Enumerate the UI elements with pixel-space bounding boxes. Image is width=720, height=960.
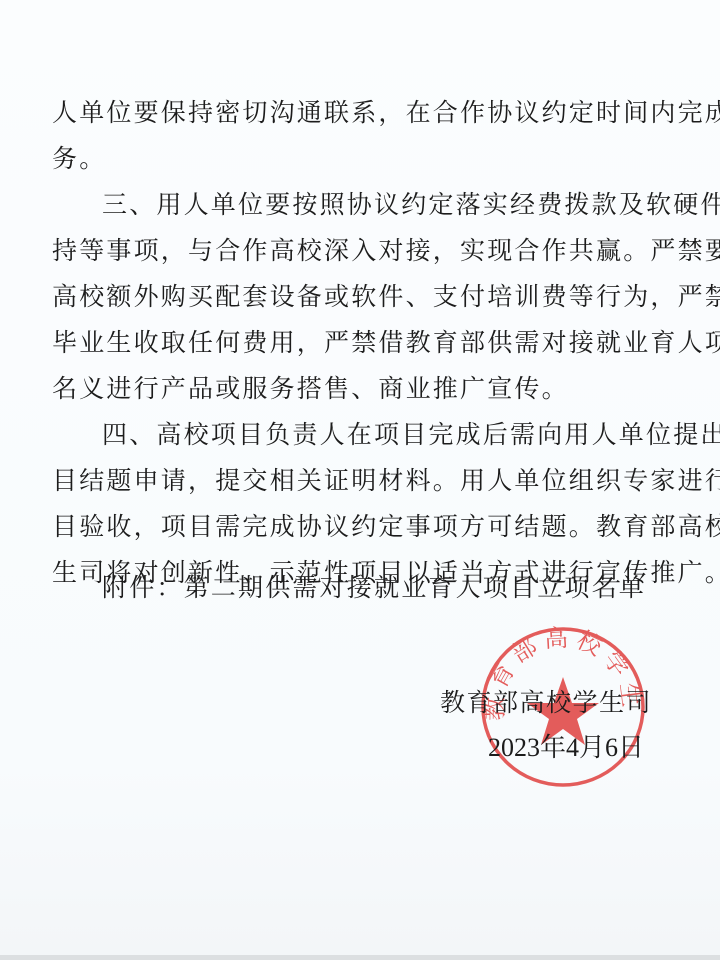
paragraph-3-line: 三、用人单位要按照协议约定落实经费拨款及软硬件支 <box>102 190 720 220</box>
text-line: 务。 <box>52 144 106 174</box>
attachment-line: 附件：第二期供需对接就业育人项目立项名单 <box>102 573 646 603</box>
paragraph-3-line: 名义进行产品或服务搭售、商业推广宣传。 <box>52 374 569 404</box>
issuer-signature: 教育部高校学生司 <box>440 688 652 718</box>
document-page: 人单位要保持密切沟通联系，在合作协议约定时间内完成任 务。 三、用人单位要按照协… <box>0 0 720 955</box>
paragraph-3-line: 持等事项，与合作高校深入对接，实现合作共赢。严禁要求 <box>52 236 720 266</box>
issue-date: 2023年4月6日 <box>488 733 644 763</box>
paragraph-4-line: 四、高校项目负责人在项目完成后需向用人单位提出项 <box>102 420 720 450</box>
bottom-edge <box>0 955 720 960</box>
paragraph-3-line: 高校额外购买配套设备或软件、支付培训费等行为，严禁向 <box>52 282 720 312</box>
paragraph-3-line: 毕业生收取任何费用，严禁借教育部供需对接就业育人项目 <box>52 328 720 358</box>
text-line: 人单位要保持密切沟通联系，在合作协议约定时间内完成任 <box>52 98 720 128</box>
paragraph-4-line: 目结题申请，提交相关证明材料。用人单位组织专家进行项 <box>52 466 720 496</box>
paragraph-4-line: 目验收，项目需完成协议约定事项方可结题。教育部高校学 <box>52 512 720 542</box>
